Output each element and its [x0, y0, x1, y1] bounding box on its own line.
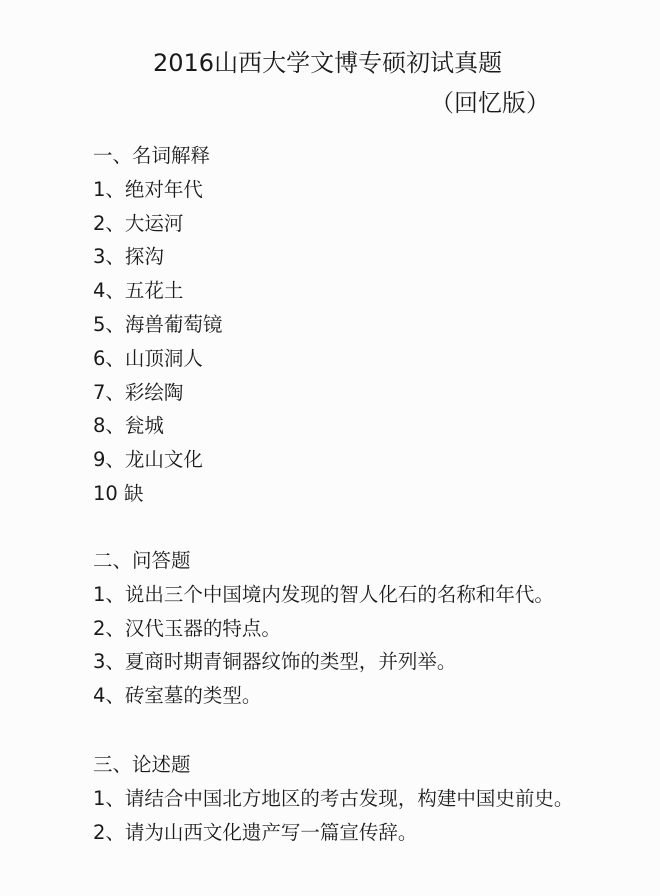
section-short-answer: 二、问答题 1、说出三个中国境内发现的智人化石的名称和年代。 2、汉代玉器的特点…: [93, 544, 554, 713]
list-item: 4、五花土: [93, 274, 222, 308]
list-item: 8、瓮城: [93, 409, 222, 443]
list-item: 3、夏商时期青铜器纹饰的类型，并列举。: [93, 645, 554, 679]
section-term-definitions: 一、名词解释 1、绝对年代 2、大运河 3、探沟 4、五花土 5、海兽葡萄镜 6…: [93, 139, 222, 511]
list-item: 1、说出三个中国境内发现的智人化石的名称和年代。: [93, 578, 554, 612]
section-heading: 一、名词解释: [93, 139, 222, 173]
list-item: 4、砖室墓的类型。: [93, 679, 554, 713]
list-item: 1、绝对年代: [93, 173, 222, 207]
list-item: 1、请结合中国北方地区的考古发现，构建中国史前史。: [93, 782, 573, 816]
list-item: 6、山顶洞人: [93, 342, 222, 376]
list-item: 3、探沟: [93, 240, 222, 274]
list-item: 10 缺: [93, 477, 222, 511]
section-heading: 三、论述题: [93, 748, 573, 782]
list-item: 2、大运河: [93, 207, 222, 241]
list-item: 5、海兽葡萄镜: [93, 308, 222, 342]
list-item: 7、彩绘陶: [93, 376, 222, 410]
section-essay: 三、论述题 1、请结合中国北方地区的考古发现，构建中国史前史。 2、请为山西文化…: [93, 748, 573, 849]
list-item: 9、龙山文化: [93, 443, 222, 477]
document-subtitle: （回忆版）: [430, 86, 550, 120]
list-item: 2、请为山西文化遗产写一篇宣传辞。: [93, 816, 573, 850]
section-heading: 二、问答题: [93, 544, 554, 578]
list-item: 2、汉代玉器的特点。: [93, 612, 554, 646]
document-title: 2016山西大学文博专硕初试真题: [153, 46, 502, 80]
